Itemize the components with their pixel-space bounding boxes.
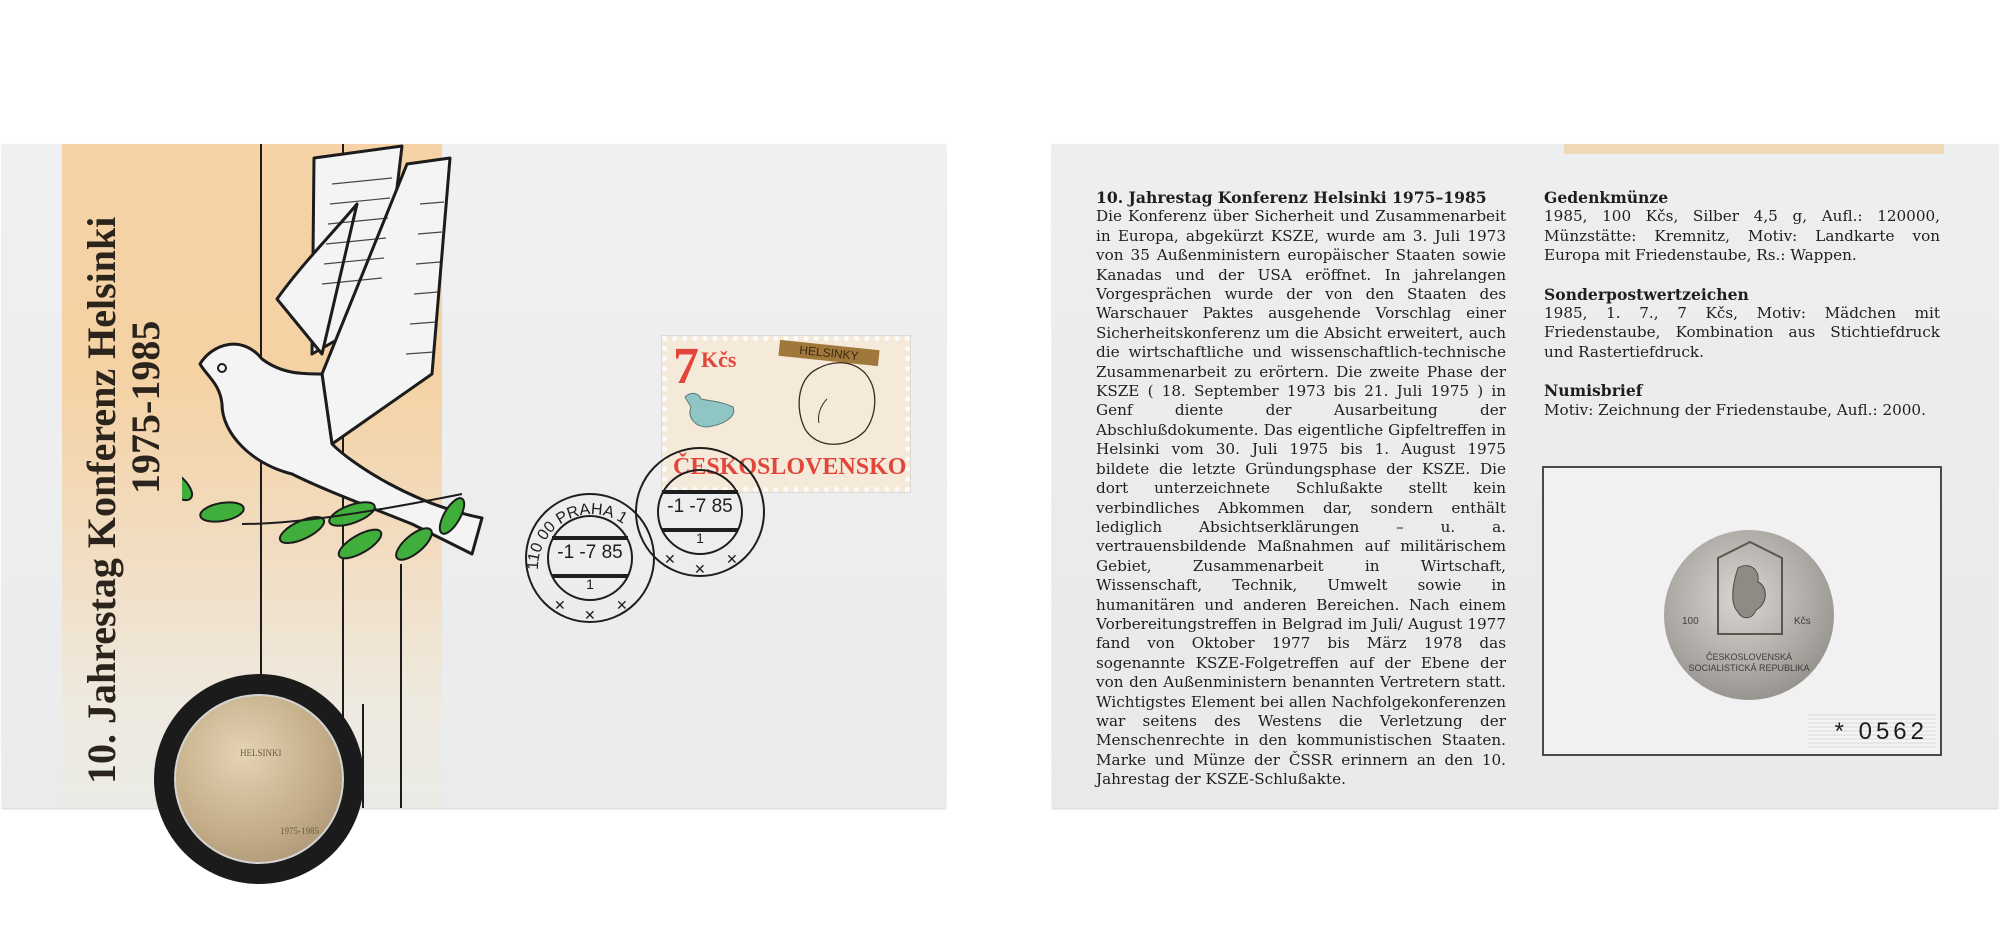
section-heading: Sonderpostwertzeichen — [1544, 285, 1940, 304]
commemorative-coin-reverse: 100 Kčs ČESKOSLOVENSKÁ SOCIALISTICKÁ REP… — [1664, 530, 1834, 700]
envelope-front: 10. Jahrestag Konferenz Helsinki 1975-19… — [2, 144, 946, 808]
stamp-value: 7 — [673, 341, 699, 393]
coin-holder: HELSINKI 1975-1985 — [154, 674, 364, 884]
postmark-number: 1 — [522, 576, 658, 592]
coin-inscription: HELSINKI — [240, 748, 282, 758]
coin-window: 100 Kčs ČESKOSLOVENSKÁ SOCIALISTICKÁ REP… — [1542, 466, 1942, 756]
coin-currency: Kčs — [1794, 616, 1811, 627]
envelope-back: 10. Jahrestag Konferenz Helsinki 1975–19… — [1052, 144, 1998, 808]
stamp-girl-portrait-icon — [787, 359, 887, 459]
article-body: Die Konferenz über Sicherheit und Zusamm… — [1096, 207, 1506, 788]
stamp-currency: Kčs — [701, 347, 736, 373]
coin-legend: ČESKOSLOVENSKÁ SOCIALISTICKÁ REPUBLIKA — [1684, 652, 1814, 674]
postmark: 110 00 PRAHA 1 ✕ ✕ ✕ -1 -7 85 1 — [522, 490, 658, 626]
section-text: Motiv: Zeichnung der Friedenstaube, Aufl… — [1544, 401, 1926, 419]
svg-text:✕: ✕ — [584, 607, 596, 623]
peace-dove-icon — [182, 144, 502, 594]
serial-number: * 0562 — [1808, 714, 1936, 750]
section-text: 1985, 1. 7., 7 Kčs, Motiv: Mädchen mit F… — [1544, 304, 1940, 361]
section-text: 1985, 100 Kčs, Silber 4,5 g, Aufl.: 1200… — [1544, 207, 1940, 264]
cover-title-line1: 10. Jahrestag Konferenz Helsinki — [80, 217, 124, 784]
section-heading: Numisbrief — [1544, 381, 1940, 400]
decor-line — [400, 564, 402, 808]
details-column: Gedenkmünze 1985, 100 Kčs, Silber 4,5 g,… — [1544, 188, 1940, 439]
section-heading: Gedenkmünze — [1544, 188, 1940, 207]
coat-of-arms-icon — [1708, 538, 1792, 648]
stamp-dove-icon — [677, 387, 747, 437]
postmark-date: -1 -7 85 — [522, 542, 658, 564]
coin-years: 1975-1985 — [280, 826, 319, 836]
section-numisbrief: Numisbrief Motiv: Zeichnung der Friedens… — [1544, 381, 1940, 420]
section-sonderpostwertzeichen: Sonderpostwertzeichen 1985, 1. 7., 7 Kčs… — [1544, 285, 1940, 363]
cover-title-line2: 1975-1985 — [124, 217, 168, 784]
article-column: 10. Jahrestag Konferenz Helsinki 1975–19… — [1096, 188, 1506, 790]
coin-value: 100 — [1682, 616, 1699, 627]
svg-text:✕: ✕ — [726, 551, 738, 567]
svg-text:✕: ✕ — [664, 551, 676, 567]
section-gedenkmuenze: Gedenkmünze 1985, 100 Kčs, Silber 4,5 g,… — [1544, 188, 1940, 266]
svg-text:✕: ✕ — [554, 597, 566, 613]
flap-strip — [1564, 144, 1944, 154]
cover-title: 10. Jahrestag Konferenz Helsinki 1975-19… — [80, 217, 168, 784]
commemorative-coin-front: HELSINKI 1975-1985 — [174, 694, 344, 864]
svg-text:✕: ✕ — [694, 561, 706, 577]
svg-text:✕: ✕ — [616, 597, 628, 613]
article-heading: 10. Jahrestag Konferenz Helsinki 1975–19… — [1096, 188, 1506, 207]
